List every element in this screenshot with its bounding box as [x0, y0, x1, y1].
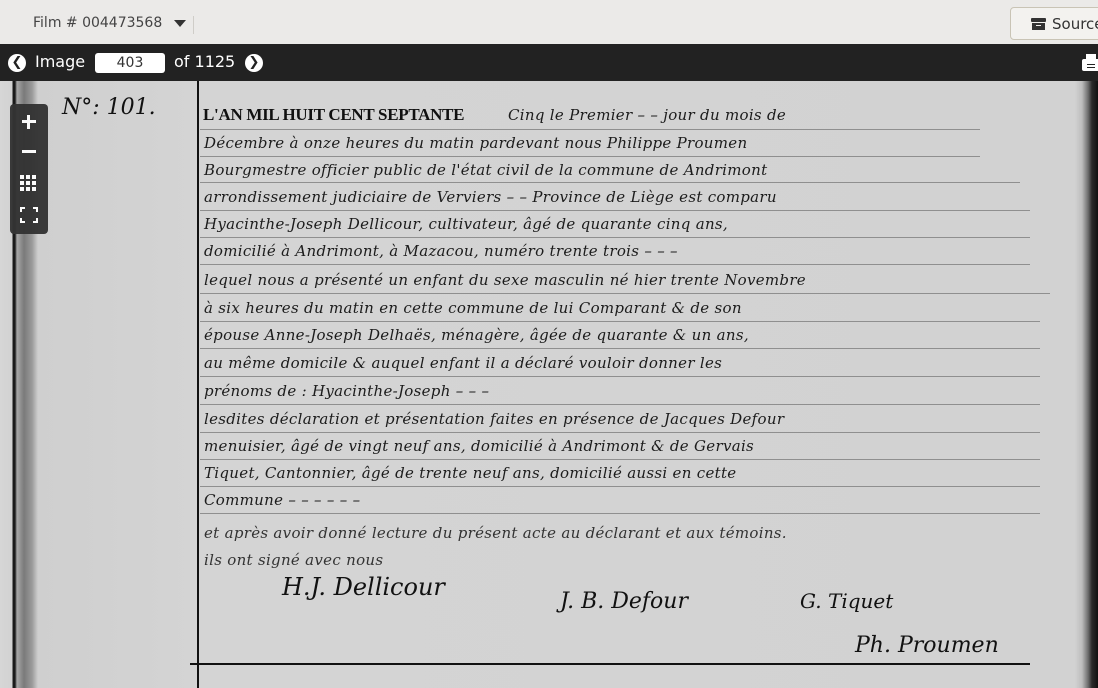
chevron-left-icon[interactable]: ❮ [8, 54, 26, 72]
handwritten-line: prénoms de : Hyacinthe-Joseph – – – [204, 382, 489, 400]
grid-icon [20, 175, 38, 189]
handwritten-line: à six heures du matin en cette commune d… [204, 299, 742, 317]
image-label: Image [35, 52, 85, 71]
handwritten-line: Bourgmestre officier public de l'état ci… [204, 161, 767, 179]
signature: J. B. Defour [560, 589, 688, 614]
handwritten-line: ils ont signé avec nous [204, 551, 383, 569]
gallery-view-button[interactable] [10, 167, 48, 197]
film-selector[interactable]: Film # 004473568 [33, 15, 186, 31]
handwritten-line: épouse Anne-Joseph Delhaës, ménagère, âg… [204, 326, 749, 344]
margin-rule [197, 81, 199, 688]
image-number-input[interactable] [95, 53, 165, 73]
film-number: Film # 004473568 [33, 15, 162, 31]
fullscreen-icon [20, 207, 38, 223]
archive-box-icon [1031, 18, 1046, 30]
handwritten-line: au même domicile & auquel enfant il a dé… [204, 354, 722, 372]
entry-number: N°: 101. [62, 95, 156, 120]
print-icon[interactable] [1082, 54, 1098, 72]
zoom-in-button[interactable] [10, 107, 48, 137]
minus-icon [22, 150, 36, 153]
handwritten-line: Décembre à onze heures du matin pardevan… [204, 134, 747, 152]
zoom-out-button[interactable] [10, 137, 48, 167]
zoom-controls [10, 104, 48, 234]
divider [193, 16, 194, 34]
document-image: N°: 101. L'AN MIL HUIT CENT SEPTANTE Cin… [0, 81, 1098, 688]
handwritten-line: lesdites déclaration et présentation fai… [204, 410, 784, 428]
signature: Ph. Proumen [855, 633, 999, 658]
bottom-rule [190, 663, 1030, 665]
chevron-down-icon[interactable] [174, 20, 186, 27]
source-button[interactable]: Source [1010, 7, 1098, 40]
handwritten-line: et après avoir donné lecture du présent … [204, 524, 787, 542]
image-total: of 1125 [174, 52, 235, 71]
handwritten-line: Commune – – – – – – [204, 491, 360, 509]
signature: G. Tiquet [800, 589, 893, 613]
top-bar: Film # 004473568 Source [0, 0, 1098, 44]
handwritten-line: lequel nous a présenté un enfant du sexe… [204, 271, 806, 289]
source-button-label: Source [1052, 15, 1098, 33]
handwritten-line: arrondissement judiciaire de Verviers – … [204, 188, 777, 206]
image-viewer[interactable]: N°: 101. L'AN MIL HUIT CENT SEPTANTE Cin… [0, 81, 1098, 688]
handwritten-line: domicilié à Andrimont, à Mazacou, numéro… [204, 242, 678, 260]
handwritten-line: Tiquet, Cantonnier, âgé de trente neuf a… [204, 464, 736, 482]
handwritten-line: Hyacinthe-Joseph Dellicour, cultivateur,… [204, 215, 728, 233]
image-navigation-bar: ❮ Image of 1125 ❯ [0, 44, 1098, 81]
handwritten-line: Cinq le Premier – – jour du mois de [508, 106, 786, 124]
signature: H.J. Dellicour [282, 573, 445, 601]
handwritten-line: menuisier, âgé de vingt neuf ans, domici… [204, 437, 754, 455]
fullscreen-button[interactable] [10, 199, 48, 229]
chevron-right-icon[interactable]: ❯ [245, 54, 263, 72]
printed-header: L'AN MIL HUIT CENT SEPTANTE [203, 105, 464, 125]
